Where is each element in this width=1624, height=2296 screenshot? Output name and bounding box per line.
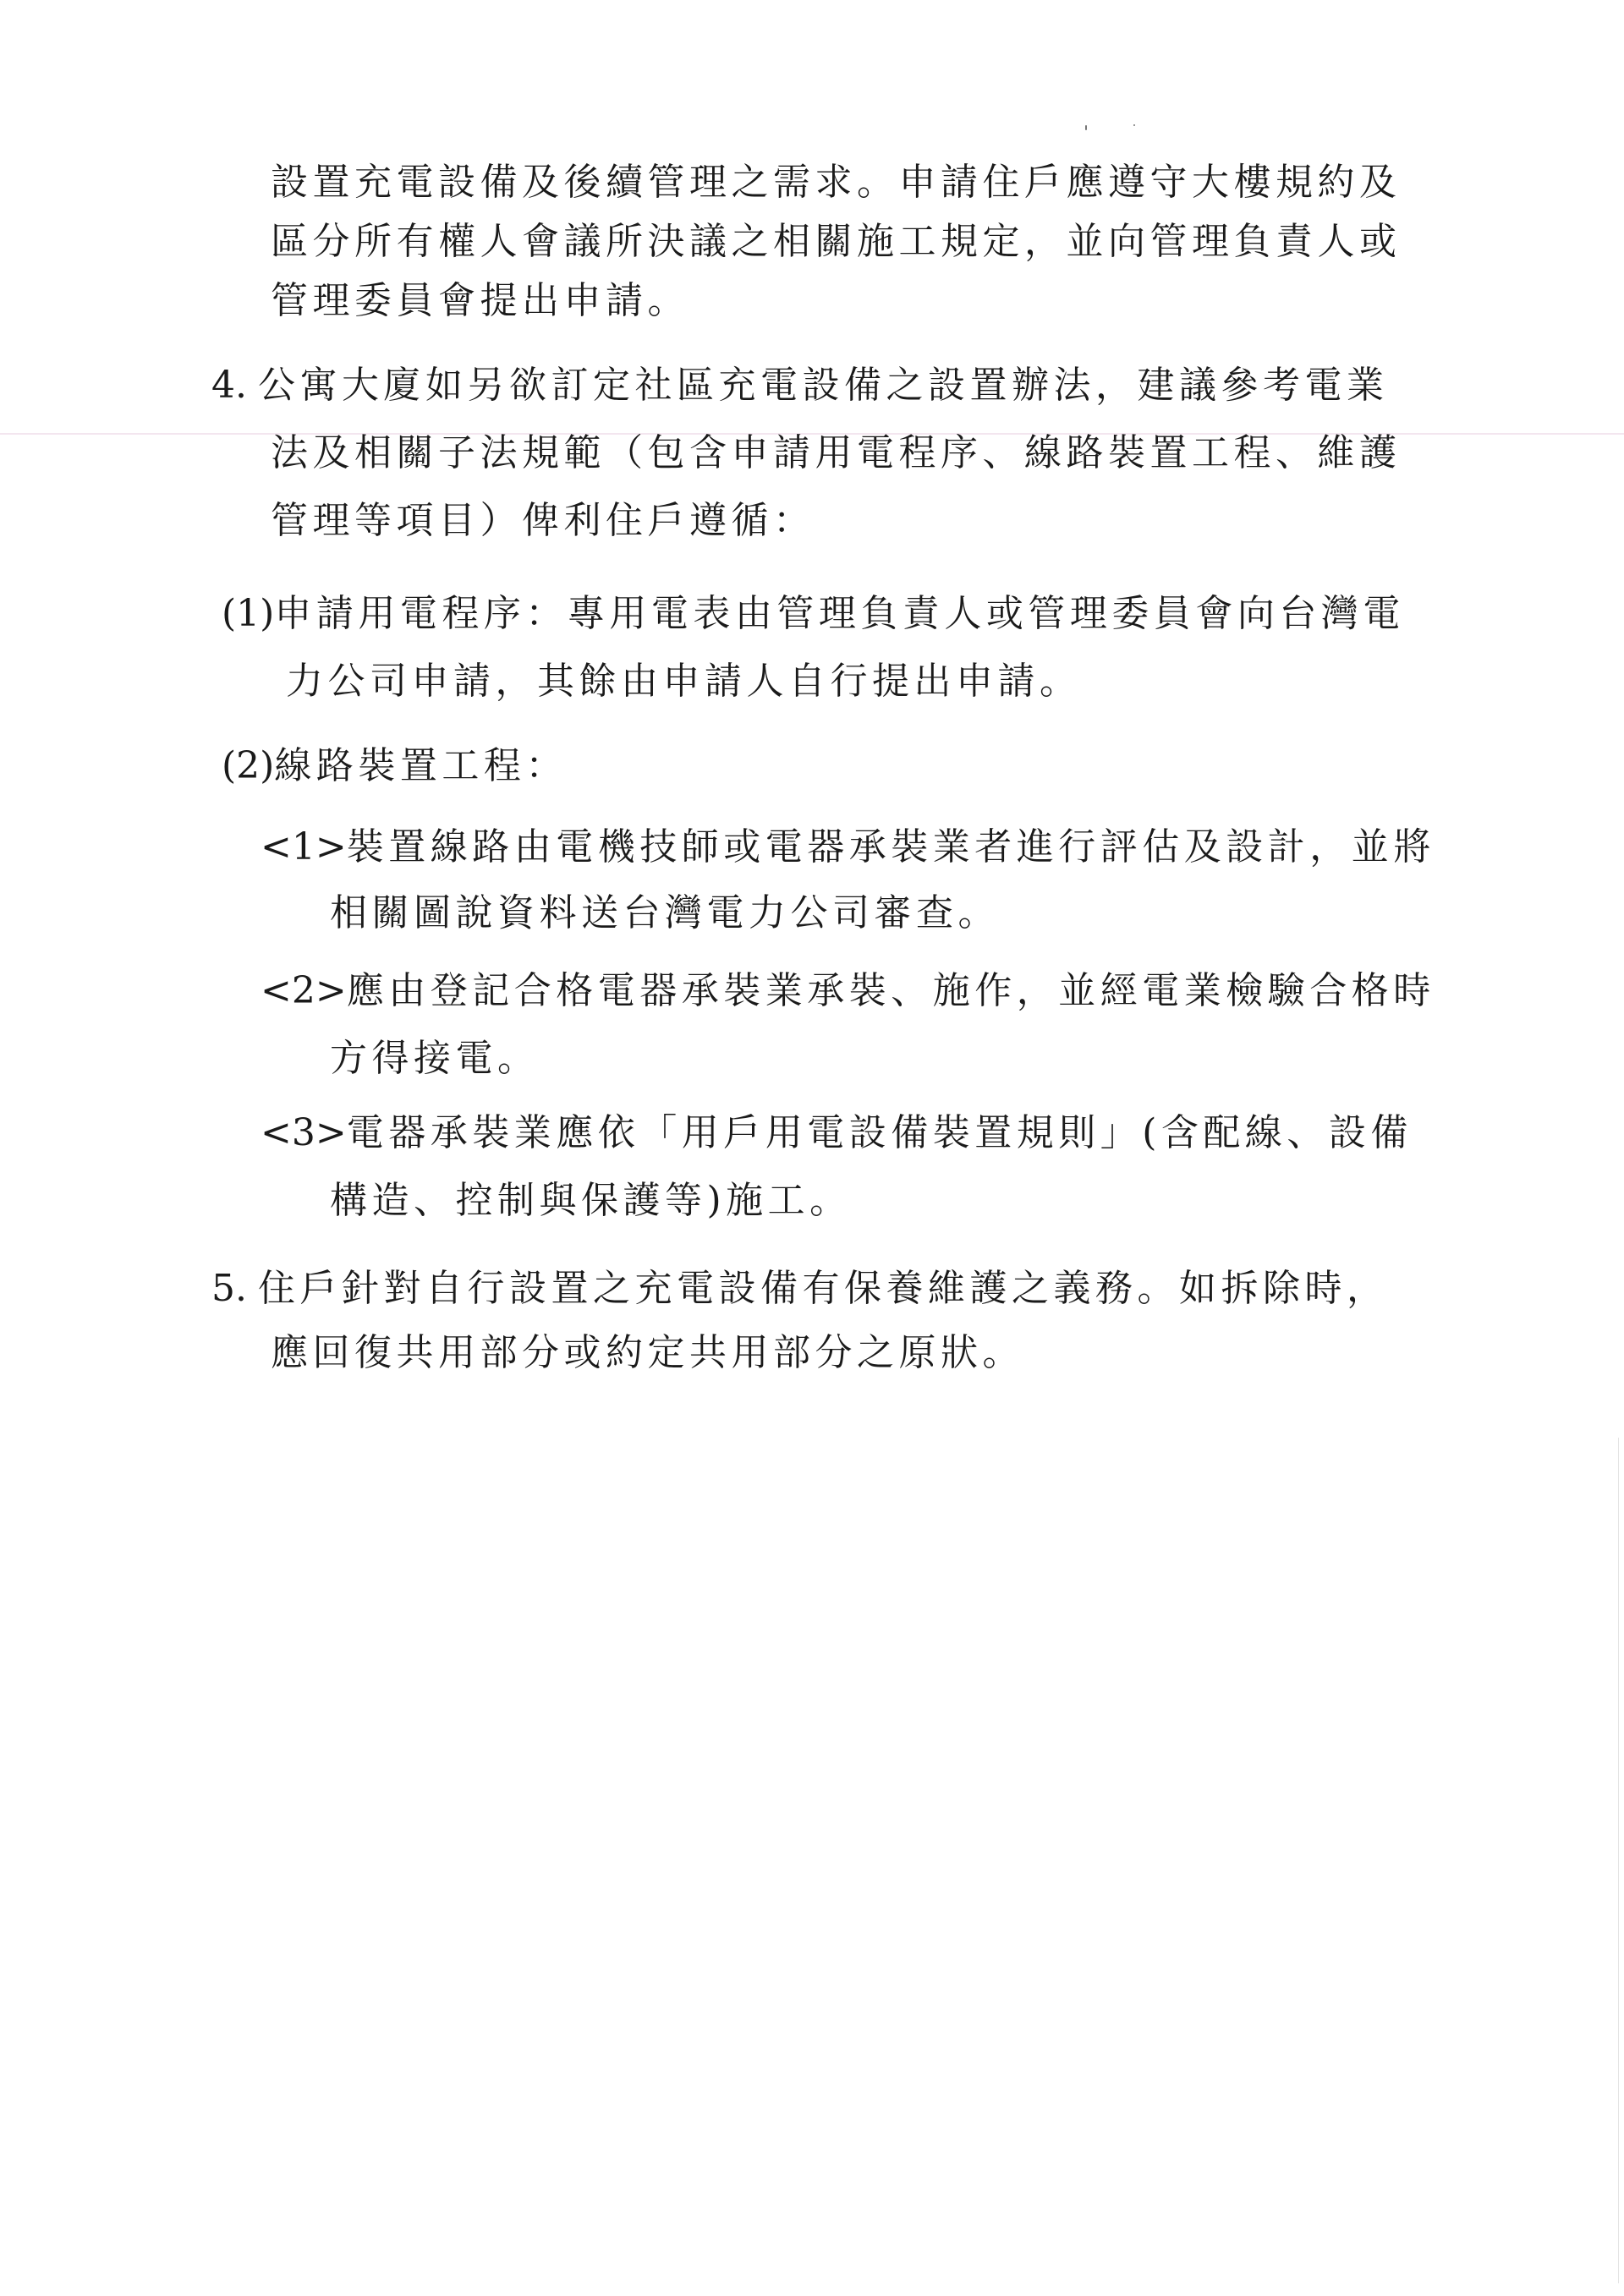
sub-1-marker: (1) xyxy=(222,589,274,639)
item-4-line-2: 法及相關子法規範（包含申請用電程序、線路裝置工程、維護 xyxy=(271,428,1402,479)
point-1-text: 裝置線路由電機技師或電器承裝業者進行評估及設計，並將 xyxy=(347,825,1435,869)
point-3-line-1: <3>電器承裝業應依「用戶用電設備裝置規則」(含配線、設備 xyxy=(261,1108,1413,1159)
item-5-line-2: 應回復共用部分或約定共用部分之原狀。 xyxy=(271,1328,1024,1378)
item-5-marker: 5. xyxy=(211,1263,258,1314)
page-edge-shadow xyxy=(1618,1438,1619,2283)
point-3-line-2: 構造、控制與保護等)施工。 xyxy=(330,1175,852,1226)
sub-2-title: 線路裝置工程： xyxy=(274,744,568,787)
sub-1-text: 申請用電程序：專用電表由管理負責人或管理委員會向台灣電 xyxy=(274,592,1405,635)
point-1-line-2: 相關圖說資料送台灣電力公司審查。 xyxy=(330,888,1000,939)
point-2-marker: <2> xyxy=(261,966,347,1016)
item-4-marker: 4. xyxy=(211,360,258,411)
item-5-line-1: 5.住戶針對自行設置之充電設備有保養維護之義務。如拆除時， xyxy=(211,1263,1389,1314)
scan-speck xyxy=(1085,125,1087,130)
point-2-text: 應由登記合格電器承裝業承裝、施作，並經電業檢驗合格時 xyxy=(347,969,1435,1012)
intro-line-1: 設置充電設備及後續管理之需求。申請住戶應遵守大樓規約及 xyxy=(271,157,1402,208)
point-2-line-2: 方得接電。 xyxy=(330,1033,540,1084)
item-4-line-1: 4.公寓大廈如另欲訂定社區充電設備之設置辦法，建議參考電業 xyxy=(211,360,1389,411)
intro-line-3: 管理委員會提出申請。 xyxy=(271,276,689,326)
point-1-line-1: <1>裝置線路由電機技師或電器承裝業者進行評估及設計，並將 xyxy=(261,822,1435,873)
sub-2-title-line: (2)線路裝置工程： xyxy=(222,741,568,792)
item-4-text: 公寓大廈如另欲訂定社區充電設備之設置辦法，建議參考電業 xyxy=(258,364,1389,407)
point-3-marker: <3> xyxy=(261,1108,347,1159)
point-3-text: 電器承裝業應依「用戶用電設備裝置規則」(含配線、設備 xyxy=(347,1111,1413,1154)
sub-1-line-1: (1)申請用電程序：專用電表由管理負責人或管理委員會向台灣電 xyxy=(222,589,1405,639)
intro-line-2: 區分所有權人會議所決議之相關施工規定，並向管理負責人或 xyxy=(271,216,1402,267)
item-4-line-3: 管理等項目）俾利住戶遵循： xyxy=(271,496,815,546)
sub-1-line-2: 力公司申請，其餘由申請人自行提出申請。 xyxy=(286,656,1082,707)
sub-2-marker: (2) xyxy=(222,741,274,792)
scanned-document-page: 設置充電設備及後續管理之需求。申請住戶應遵守大樓規約及 區分所有權人會議所決議之… xyxy=(0,0,1624,2296)
point-2-line-1: <2>應由登記合格電器承裝業承裝、施作，並經電業檢驗合格時 xyxy=(261,966,1435,1016)
scan-speck xyxy=(1133,124,1135,126)
item-5-text: 住戶針對自行設置之充電設備有保養維護之義務。如拆除時， xyxy=(258,1267,1389,1310)
point-1-marker: <1> xyxy=(261,822,347,873)
